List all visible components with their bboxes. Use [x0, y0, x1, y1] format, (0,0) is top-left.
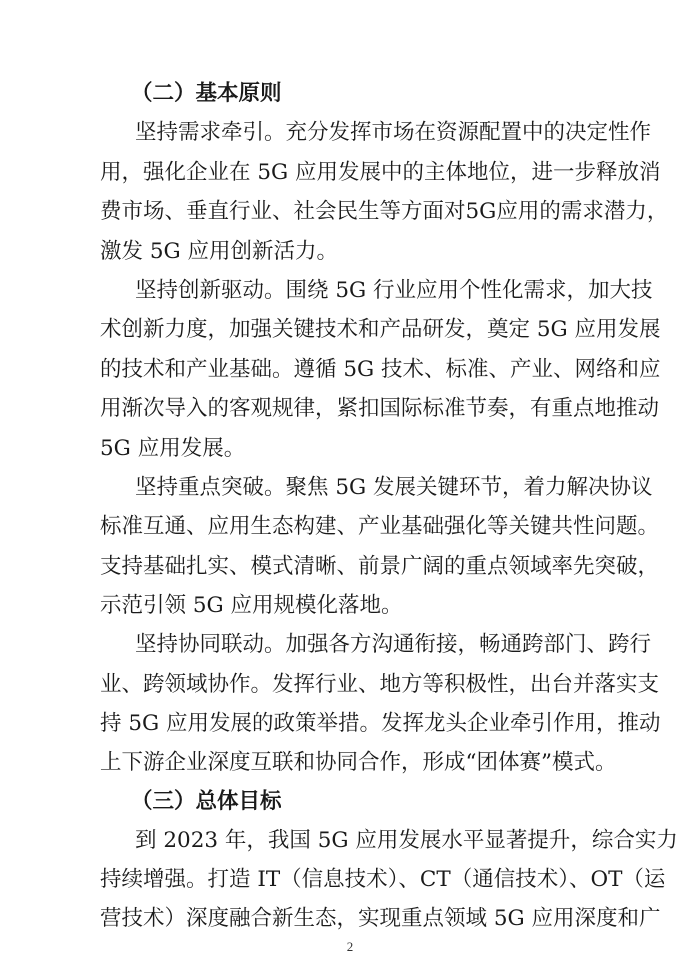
- paragraph-line: 示范引领 5G 应用规模化落地。: [100, 591, 600, 621]
- paragraph-line: 坚持创新驱动。围绕 5G 行业应用个性化需求，加大技: [135, 276, 600, 306]
- paragraph-line: 标准互通、应用生态构建、产业基础强化等关键共性问题。: [100, 512, 600, 542]
- paragraph-line: 用，强化企业在 5G 应用发展中的主体地位，进一步释放消: [100, 158, 600, 188]
- paragraph-line: 5G 应用发展。: [100, 434, 600, 464]
- paragraph-line: 支持基础扎实、模式清晰、前景广阔的重点领域率先突破，: [100, 552, 600, 582]
- paragraph-line: 到 2023 年，我国 5G 应用发展水平显著提升，综合实力: [135, 826, 600, 856]
- paragraph-line: 用渐次导入的客观规律，紧扣国际标准节奏，有重点地推动: [100, 394, 600, 424]
- paragraph-line: 激发 5G 应用创新活力。: [100, 237, 600, 267]
- paragraph-line: 坚持重点突破。聚焦 5G 发展关键环节，着力解决协议: [135, 473, 600, 503]
- paragraph-line: 坚持需求牵引。充分发挥市场在资源配置中的决定性作: [135, 118, 600, 148]
- paragraph-line: 业、跨领域协作。发挥行业、地方等积极性，出台并落实支: [100, 670, 600, 700]
- paragraph-line: 持续增强。打造 IT（信息技术）、CT（通信技术）、OT（运: [100, 865, 600, 895]
- page-number: 2: [0, 939, 700, 955]
- section-heading-basic-principles: （二）基本原则: [131, 79, 431, 109]
- paragraph-line: 术创新力度，加强关键技术和产品研发，奠定 5G 应用发展: [100, 315, 600, 345]
- paragraph-line: 上下游企业深度互联和协同合作，形成“团体赛”模式。: [100, 748, 600, 778]
- paragraph-line: 营技术）深度融合新生态，实现重点领域 5G 应用深度和广: [100, 904, 600, 934]
- section-heading-overall-goals: （三）总体目标: [131, 787, 431, 817]
- paragraph-line: 坚持协同联动。加强各方沟通衔接，畅通跨部门、跨行: [135, 630, 600, 660]
- paragraph-line: 费市场、垂直行业、社会民生等方面对5G应用的需求潜力，: [100, 197, 600, 227]
- paragraph-line: 的技术和产业基础。遵循 5G 技术、标准、产业、网络和应: [100, 355, 600, 385]
- document-page: （二）基本原则 坚持需求牵引。充分发挥市场在资源配置中的决定性作 用，强化企业在…: [0, 0, 700, 980]
- paragraph-line: 持 5G 应用发展的政策举措。发挥龙头企业牵引作用，推动: [100, 709, 600, 739]
